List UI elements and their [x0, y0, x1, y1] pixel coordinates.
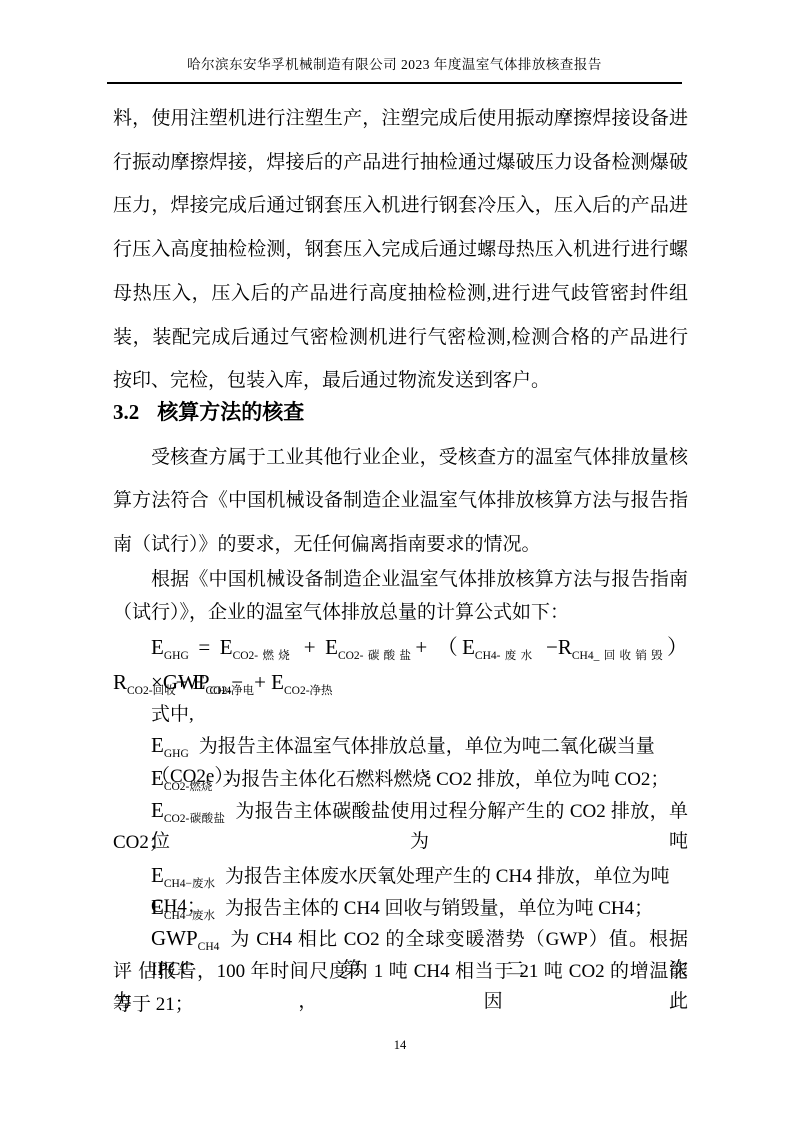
paragraph-line: 压力，焊接完成后通过钢套压入机进行钢套冷压入，压入后的产品进 — [113, 184, 688, 228]
formula-subscript: CH4-废水 — [475, 650, 537, 662]
formula-subscript: CO2-碳酸盐 — [338, 650, 415, 662]
formula-segment: + E — [176, 670, 206, 694]
definition-term: E — [151, 733, 164, 757]
paragraph-line: 行压入高度抽检检测，钢套压入完成后通过螺母热压入机进行进行螺 — [113, 228, 688, 272]
paragraph-production-process: 料，使用注塑机进行注塑生产，注塑完成后使用振动摩擦焊接设备进 行振动摩擦焊接，焊… — [113, 97, 688, 403]
definition-term-subscript: CH4−废水 — [164, 910, 215, 922]
paragraph-line: 行振动摩擦焊接，焊接后的产品进行抽检通过爆破压力设备检测爆破 — [113, 141, 688, 185]
definition-continuation: CO2； — [113, 828, 688, 858]
page-number: 14 — [394, 1038, 407, 1052]
definition-continuation: 等于 21； — [113, 990, 688, 1020]
paragraph-line: 南（试行）》的要求，无任何偏离指南要求的情况。 — [113, 523, 688, 566]
formula-segment: + E — [254, 670, 284, 694]
page-footer: 14 — [0, 1038, 800, 1053]
paragraph-line: 母热压入，压入后的产品进行高度抽检检测,进行进气歧管密封件组 — [113, 272, 688, 316]
paragraph-line: 受核查方属于工业其他行业企业，受核查方的温室气体排放量核 — [113, 436, 688, 479]
definition-term: GWP — [151, 926, 198, 950]
paragraph-verification-method: 受核查方属于工业其他行业企业，受核查方的温室气体排放量核 算方法符合《中国机械设… — [113, 436, 688, 566]
formula-subscript: CO2-回收 — [127, 685, 176, 697]
definition-term-subscript: CH4 — [198, 941, 220, 953]
paragraph-line: 料，使用注塑机进行注塑生产，注塑完成后使用振动摩擦焊接设备进 — [113, 97, 688, 141]
definition-term-subscript: CH4−废水 — [164, 878, 215, 890]
formula-segment: −R — [536, 635, 571, 659]
definition-row-ch4-recovery: ECH4−废水为报告主体的 CH4 回收与销毁量，单位为吨 CH4； — [113, 892, 688, 924]
definition-text: 为报告主体的 CH4 回收与销毁量，单位为吨 CH4； — [225, 898, 653, 919]
formula-subscript: CH4_回收销毁 — [572, 650, 667, 662]
paragraph-line: 装，装配完成后通过气密检测机进行气密检测,检测合格的产品进行 — [113, 316, 688, 360]
formula-segment: + E — [294, 635, 338, 659]
paragraph-line: （试行）》，企业的温室气体排放总量的计算公式如下： — [113, 596, 688, 629]
definition-term-subscript: CO2-燃烧 — [164, 781, 213, 793]
formula-subscript: CO2-净热 — [284, 685, 333, 697]
formula-subscript: GHG — [164, 650, 189, 662]
formula-segment: + （E — [415, 635, 475, 659]
document-page: 哈尔滨东安华孚机械制造有限公司 2023 年度温室气体排放核查报告 料，使用注塑… — [0, 0, 800, 1130]
definition-term-subscript: CO2-碳酸盐 — [164, 813, 226, 825]
where-label: 式中, — [113, 700, 688, 730]
formula-segment: E — [151, 635, 164, 659]
formula-segment: R — [113, 670, 127, 694]
definition-term: E — [151, 766, 164, 790]
definition-term: E — [151, 895, 164, 919]
ghg-formula-line-2: RCO2-回收+ ECO2-净电+ ECO2-净热 — [113, 665, 688, 700]
page-header: 哈尔滨东安华孚机械制造有限公司 2023 年度温室气体排放核查报告 — [107, 55, 682, 84]
formula-subscript: CO2-净电 — [206, 685, 255, 697]
definition-term-subscript: GHG — [164, 748, 189, 760]
paragraph-line: 根据《中国机械设备制造企业温室气体排放核算方法与报告指南 — [113, 563, 688, 596]
definition-term: E — [151, 863, 164, 887]
section-number: 3.2 — [113, 400, 139, 424]
definition-term: E — [151, 798, 164, 822]
paragraph-formula-intro: 根据《中国机械设备制造企业温室气体排放核算方法与报告指南 （试行）》，企业的温室… — [113, 563, 688, 629]
header-title: 哈尔滨东安华孚机械制造有限公司 2023 年度温室气体排放核查报告 — [187, 57, 602, 72]
section-heading: 3.2核算方法的核查 — [113, 397, 688, 427]
section-title: 核算方法的核查 — [157, 400, 304, 424]
definition-row-eco2-combustion: ECO2-燃烧为报告主体化石燃料燃烧 CO2 排放，单位为吨 CO2； — [113, 763, 688, 795]
paragraph-line: 算方法符合《中国机械设备制造企业温室气体排放核算方法与报告指 — [113, 479, 688, 522]
formula-subscript: CO2-燃烧 — [233, 650, 295, 662]
formula-segment: = E — [189, 635, 233, 659]
definition-text: 为报告主体化石燃料燃烧 CO2 排放，单位为吨 CO2； — [222, 769, 669, 790]
